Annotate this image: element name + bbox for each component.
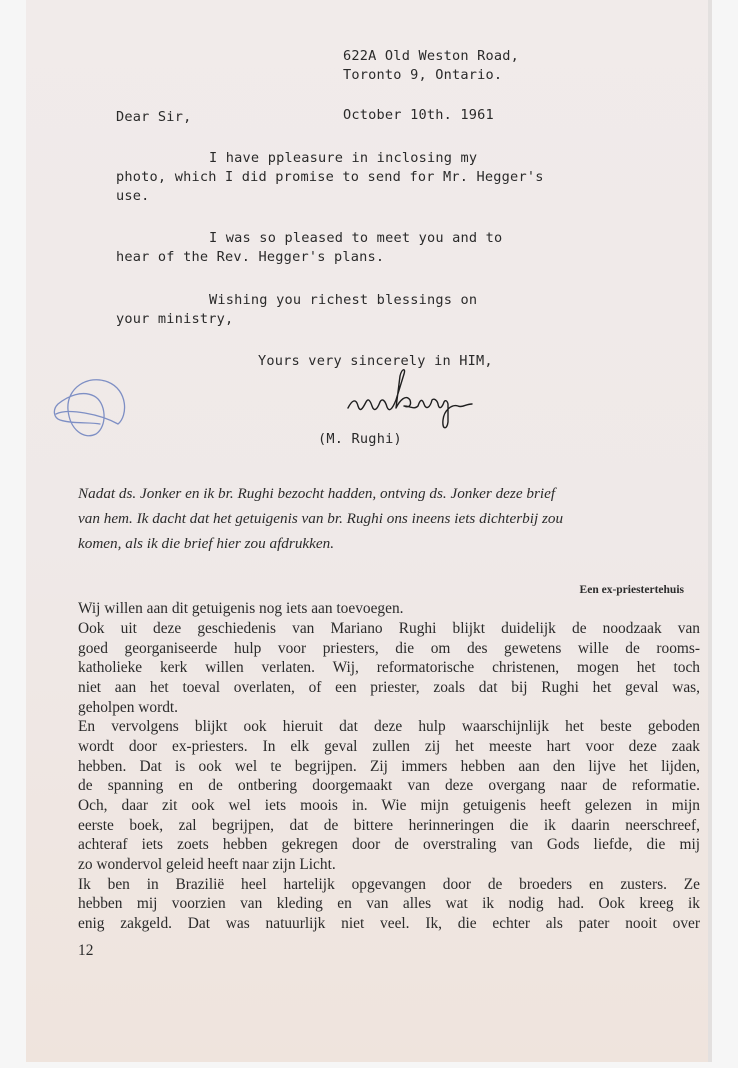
letter-para1-line1: I have ppleasure in inclosing my <box>209 150 477 166</box>
body-line: katholieke kerk willen verlaten. Wij, re… <box>78 659 700 677</box>
document-page: 622A Old Weston Road, Toronto 9, Ontario… <box>26 0 712 1062</box>
body-line: goed georganiseerde hulp voor priesters,… <box>78 640 700 658</box>
ink-loop-doodle-icon <box>48 374 130 444</box>
letter-para3-line1: Wishing you richest blessings on <box>209 292 477 308</box>
signature-scribble-icon <box>344 360 474 435</box>
body-line: wordt door ex-priesters. In elk geval zu… <box>78 738 700 756</box>
body-line: Wij willen aan dit getuigenis nog iets a… <box>78 600 700 618</box>
body-line: de spanning en de ontbering doorgemaakt … <box>78 777 700 795</box>
letter-para2-line2: hear of the Rev. Hegger's plans. <box>116 249 384 265</box>
body-line: eerste boek, zal begrijpen, dat de bitte… <box>78 817 700 835</box>
intro-italic-line: komen, als ik die brief hier zou afdrukk… <box>78 535 334 553</box>
body-line: hebben mij voorzien van kleding en van a… <box>78 895 700 913</box>
letter-date: October 10th. 1961 <box>343 107 494 123</box>
body-line: Och, daar zit ook wel iets moois in. Wie… <box>78 797 700 815</box>
body-line: zo wondervol geleid heeft naar zijn Lich… <box>78 856 700 874</box>
letter-salutation: Dear Sir, <box>116 109 191 125</box>
letter-signature-name: (M. Rughi) <box>318 431 402 447</box>
letter-para1-line3: use. <box>116 188 150 204</box>
intro-italic-line: van hem. Ik dacht dat het getuigenis van… <box>78 510 563 528</box>
section-heading: Een ex-priestertehuis <box>580 584 684 596</box>
body-line: enig zakgeld. Dat was natuurlijk niet ve… <box>78 915 700 933</box>
letter-address-line1: 622A Old Weston Road, <box>343 48 519 64</box>
body-line: Ik ben in Brazilië heel hartelijk opgeva… <box>78 876 700 894</box>
letter-para2-line1: I was so pleased to meet you and to <box>209 230 502 246</box>
body-line: geholpen wordt. <box>78 699 700 717</box>
page-number: 12 <box>78 942 93 960</box>
intro-italic-line: Nadat ds. Jonker en ik br. Rughi bezocht… <box>78 485 555 503</box>
body-line: niet aan het toeval overlaten, of een pr… <box>78 679 700 697</box>
body-line: En vervolgens blijkt ook hieruit dat dez… <box>78 718 700 736</box>
letter-para1-line2: photo, which I did promise to send for M… <box>116 169 544 185</box>
letter-para3-line2: your ministry, <box>116 311 233 327</box>
body-line: achteraf iets zoets hebben gekregen door… <box>78 836 700 854</box>
body-line: Ook uit deze geschiedenis van Mariano Ru… <box>78 620 700 638</box>
body-line: hebben. Dat is ook wel te begrijpen. Zij… <box>78 758 700 776</box>
letter-address-line2: Toronto 9, Ontario. <box>343 67 502 83</box>
